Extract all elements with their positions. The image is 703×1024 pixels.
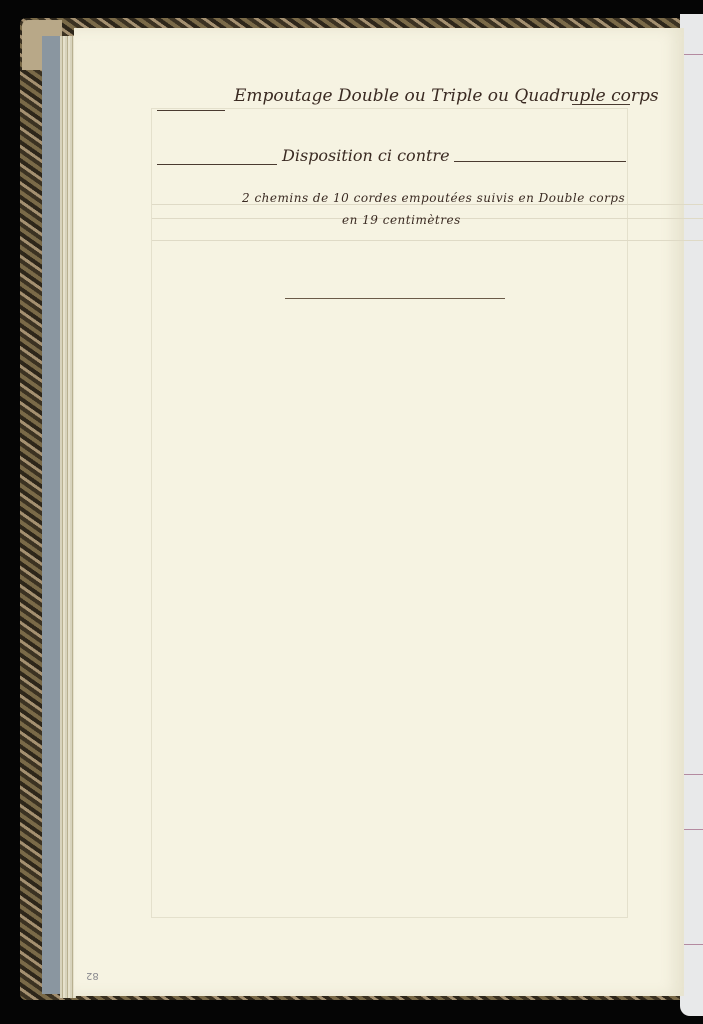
manuscript-page: Empoutage Double ou Triple ou Quadruple … <box>74 28 684 996</box>
page-subtitle: Disposition ci contre <box>282 146 450 165</box>
separator-rule <box>285 298 505 299</box>
folio-number: 82 <box>86 970 99 981</box>
subtitle-rule-left <box>157 164 277 165</box>
page-title: Empoutage Double ou Triple ou Quadruple … <box>234 86 659 106</box>
note-line-1: 2 chemins de 10 cordes empoutées suivis … <box>242 191 625 205</box>
ruled-frame <box>151 108 628 918</box>
binding-strip <box>42 36 62 994</box>
title-rule-left <box>157 110 225 111</box>
note-line-2: en 19 centimètres <box>342 213 461 227</box>
title-rule-right <box>572 104 630 105</box>
ruled-line <box>152 240 703 241</box>
subtitle-rule-right <box>454 161 626 162</box>
